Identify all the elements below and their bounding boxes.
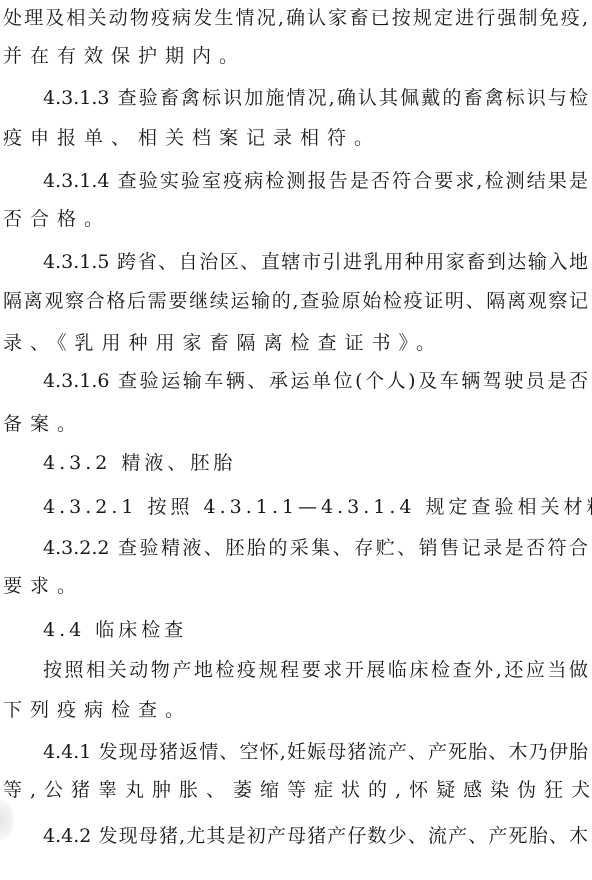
text-line: 要求。 [3,573,588,599]
text-line: 疫申报单、相关档案记录相符。 [3,125,588,151]
text-line: 并在有效保护期内。 [3,43,588,69]
clause-4-3-1-5: 4.3.1.5 跨省、自治区、直辖市引进乳用种用家畜到达输入地 [43,249,588,275]
section-heading-4-4: 4.4 临床检查 [43,617,588,643]
text-line: 备案。 [3,411,588,437]
text-line: 否合格。 [3,206,588,232]
text-line: 隔离观察合格后需要继续运输的,查验原始检疫证明、隔离观察记 [3,288,588,314]
paragraph-line: 按照相关动物产地检疫规程要求开展临床检查外,还应当做 [43,657,588,683]
clause-4-3-2-1: 4.3.2.1 按照 4.3.1.1—4.3.1.4 规定查验相关材料。 [43,494,588,520]
clause-4-3-1-3: 4.3.1.3 查验畜禽标识加施情况,确认其佩戴的畜禽标识与检 [43,85,588,111]
text-line: 等,公猪睾丸肿胀、萎缩等症状的,怀疑感染伪狂犬。 [3,777,588,803]
clause-4-3-2-2: 4.3.2.2 查验精液、胚胎的采集、存贮、销售记录是否符合 [43,535,588,561]
document-page: 处理及相关动物疫病发生情况,确认家畜已按规定进行强制免疫, 并在有效保护期内。 … [0,0,592,880]
clause-4-4-2: 4.4.2 发现母猪,尤其是初产母猪产仔数少、流产、产死胎、木 [43,823,588,849]
scan-shadow-mark [0,800,14,840]
clause-4-4-1: 4.4.1 发现母猪返情、空怀,妊娠母猪流产、产死胎、木乃伊胎 [43,739,588,765]
text-line: 下列疫病检查。 [3,697,588,723]
text-line: 处理及相关动物疫病发生情况,确认家畜已按规定进行强制免疫, [3,5,588,31]
text-line: 录、《乳用种用家畜隔离检查证书》。 [3,330,588,356]
clause-4-3-1-6: 4.3.1.6 查验运输车辆、承运单位(个人)及车辆驾驶员是否 [43,368,588,394]
clause-4-3-1-4: 4.3.1.4 查验实验室疫病检测报告是否符合要求,检测结果是 [43,168,588,194]
section-heading-4-3-2: 4.3.2 精液、胚胎 [43,450,588,476]
